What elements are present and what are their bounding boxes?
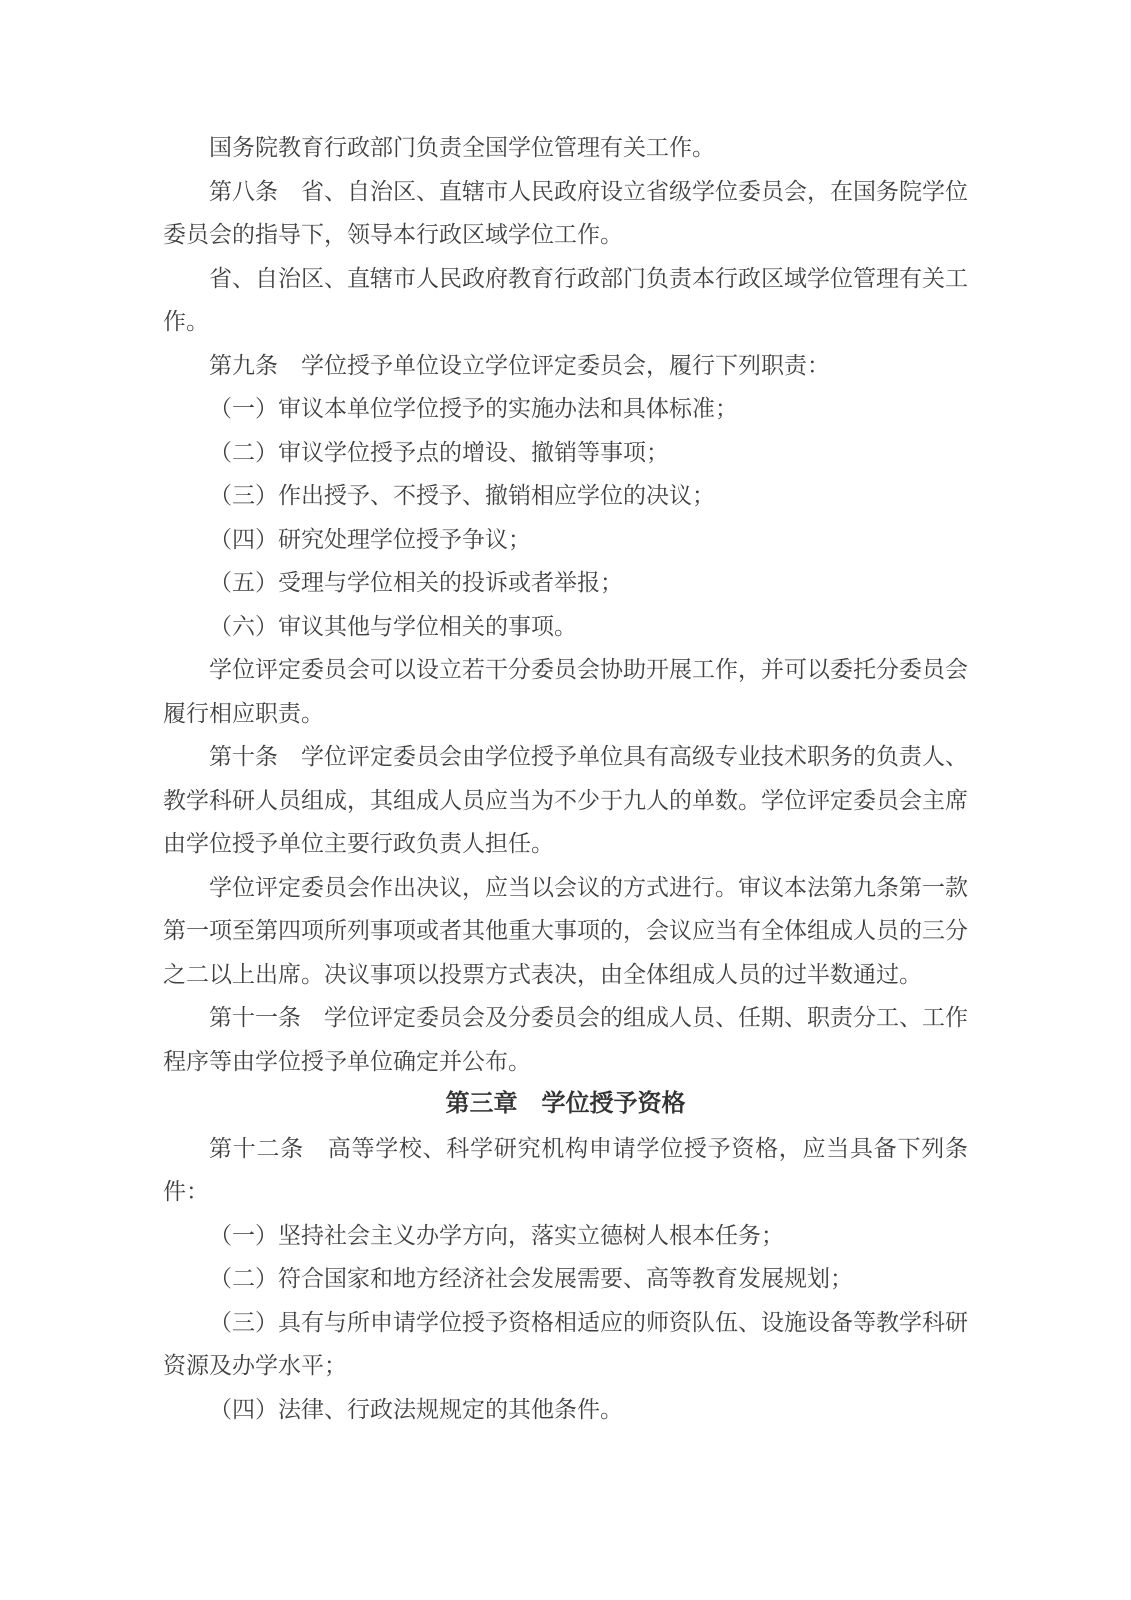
- paragraph: （一）坚持社会主义办学方向，落实立德树人根本任务；: [163, 1214, 968, 1258]
- paragraph: 第十一条 学位评定委员会及分委员会的组成人员、任期、职责分工、工作程序等由学位授…: [163, 996, 968, 1083]
- paragraph: （二）符合国家和地方经济社会发展需要、高等教育发展规划；: [163, 1257, 968, 1301]
- paragraph: 第十二条 高等学校、科学研究机构申请学位授予资格，应当具备下列条件：: [163, 1127, 968, 1214]
- document-body: 国务院教育行政部门负责全国学位管理有关工作。第八条 省、自治区、直辖市人民政府设…: [163, 126, 968, 1431]
- chapter-heading: 第三章 学位授予资格: [163, 1083, 968, 1127]
- paragraph: （六）审议其他与学位相关的事项。: [163, 605, 968, 649]
- paragraph: 学位评定委员会作出决议，应当以会议的方式进行。审议本法第九条第一款第一项至第四项…: [163, 866, 968, 997]
- paragraph: （一）审议本单位学位授予的实施办法和具体标准；: [163, 387, 968, 431]
- paragraph: 国务院教育行政部门负责全国学位管理有关工作。: [163, 126, 968, 170]
- paragraph: 省、自治区、直辖市人民政府教育行政部门负责本行政区域学位管理有关工作。: [163, 257, 968, 344]
- paragraph: 第十条 学位评定委员会由学位授予单位具有高级专业技术职务的负责人、教学科研人员组…: [163, 735, 968, 866]
- paragraph: （五）受理与学位相关的投诉或者举报；: [163, 561, 968, 605]
- paragraph: （二）审议学位授予点的增设、撤销等事项；: [163, 431, 968, 475]
- paragraph: 第九条 学位授予单位设立学位评定委员会，履行下列职责：: [163, 344, 968, 388]
- paragraph: （三）具有与所申请学位授予资格相适应的师资队伍、设施设备等教学科研资源及办学水平…: [163, 1301, 968, 1388]
- document-page: 国务院教育行政部门负责全国学位管理有关工作。第八条 省、自治区、直辖市人民政府设…: [0, 0, 1131, 1600]
- paragraph: （四）法律、行政法规规定的其他条件。: [163, 1388, 968, 1432]
- paragraph: 第八条 省、自治区、直辖市人民政府设立省级学位委员会，在国务院学位委员会的指导下…: [163, 170, 968, 257]
- paragraph: （四）研究处理学位授予争议；: [163, 518, 968, 562]
- paragraph: （三）作出授予、不授予、撤销相应学位的决议；: [163, 474, 968, 518]
- paragraph: 学位评定委员会可以设立若干分委员会协助开展工作，并可以委托分委员会履行相应职责。: [163, 648, 968, 735]
